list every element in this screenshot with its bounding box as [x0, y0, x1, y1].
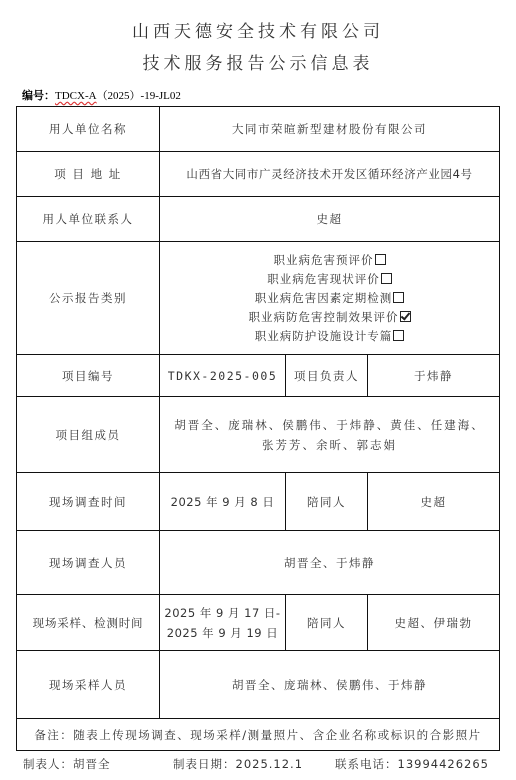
- note-text: 备注：随表上传现场调查、现场采样/测量照片、含企业名称或标识的合影照片: [17, 719, 500, 751]
- survey-time-value: 2025 年 9 月 8 日: [160, 473, 286, 531]
- sampling-companion-label: 陪同人: [286, 595, 368, 651]
- info-table: 用人单位名称 大同市荣暄新型建材股份有限公司 项 目 地 址 山西省大同市广灵经…: [16, 106, 500, 751]
- row-contact: 用人单位联系人 史超: [17, 197, 500, 242]
- checkbox-unchecked-icon[interactable]: [375, 254, 386, 265]
- row-project-no: 项目编号 TDKX-2025-005 项目负责人 于炜静: [17, 355, 500, 397]
- sampling-time-end: 2025 年 9 月 19 日: [164, 623, 281, 643]
- project-no-label: 项目编号: [17, 355, 160, 397]
- checkbox-unchecked-icon[interactable]: [393, 330, 404, 341]
- report-category-options: 职业病危害预评价 职业病危害现状评价 职业病危害因素定期检测 职业病防危害控制效…: [160, 242, 500, 355]
- sampling-time-start: 2025 年 9 月 17 日-: [164, 603, 281, 623]
- sampling-staff-value: 胡晋全、庞瑞林、侯鹏伟、于炜静: [160, 651, 500, 719]
- document-number: 编号：TDCX-A（2025）-19-JL02: [22, 87, 181, 103]
- address-label: 项 目 地 址: [17, 152, 160, 197]
- row-sampling-staff: 现场采样人员 胡晋全、庞瑞林、侯鹏伟、于炜静: [17, 651, 500, 719]
- checkbox-unchecked-icon[interactable]: [381, 273, 392, 284]
- category-option: 职业病防护设施设计专篇: [164, 327, 495, 346]
- row-employer-name: 用人单位名称 大同市荣暄新型建材股份有限公司: [17, 107, 500, 152]
- contact-value: 史超: [160, 197, 500, 242]
- form-title: 技术服务报告公示信息表: [0, 49, 516, 74]
- members-label: 项目组成员: [17, 397, 160, 473]
- company-title: 山西天德安全技术有限公司: [0, 17, 516, 42]
- document-number-rest: （2025）-19-JL02: [97, 90, 181, 102]
- category-option: 职业病危害现状评价: [164, 270, 495, 289]
- project-lead-value: 于炜静: [368, 355, 500, 397]
- category-option: 职业病危害因素定期检测: [164, 289, 495, 308]
- project-lead-label: 项目负责人: [286, 355, 368, 397]
- category-option: 职业病防危害控制效果评价: [164, 308, 495, 327]
- category-option: 职业病危害预评价: [164, 251, 495, 270]
- project-no-value: TDKX-2025-005: [160, 355, 286, 397]
- checkbox-checked-icon[interactable]: [400, 311, 411, 322]
- survey-time-label: 现场调查时间: [17, 473, 160, 531]
- sampling-time-value: 2025 年 9 月 17 日- 2025 年 9 月 19 日: [160, 595, 286, 651]
- contact-label: 用人单位联系人: [17, 197, 160, 242]
- category-option-label: 职业病危害因素定期检测: [255, 291, 393, 305]
- survey-staff-label: 现场调查人员: [17, 531, 160, 595]
- row-address: 项 目 地 址 山西省大同市广灵经济技术开发区循环经济产业园4号: [17, 152, 500, 197]
- row-sampling-time: 现场采样、检测时间 2025 年 9 月 17 日- 2025 年 9 月 19…: [17, 595, 500, 651]
- row-survey-staff: 现场调查人员 胡晋全、于炜静: [17, 531, 500, 595]
- document-number-label: 编号：: [22, 89, 55, 102]
- employer-name-label: 用人单位名称: [17, 107, 160, 152]
- address-value: 山西省大同市广灵经济技术开发区循环经济产业园4号: [160, 152, 500, 197]
- row-members: 项目组成员 胡晋全、庞瑞林、侯鹏伟、于炜静、黄佳、任建海、张芳芳、余昕、郭志娟: [17, 397, 500, 473]
- category-option-label: 职业病防护设施设计专篇: [255, 329, 393, 343]
- sampling-companion-value: 史超、伊瑞勃: [368, 595, 500, 651]
- survey-staff-value: 胡晋全、于炜静: [160, 531, 500, 595]
- category-option-label: 职业病危害现状评价: [267, 272, 380, 286]
- category-option-label: 职业病危害预评价: [274, 253, 374, 267]
- survey-companion-value: 史超: [368, 473, 500, 531]
- checkbox-unchecked-icon[interactable]: [393, 292, 404, 303]
- survey-companion-label: 陪同人: [286, 473, 368, 531]
- row-note: 备注：随表上传现场调查、现场采样/测量照片、含企业名称或标识的合影照片: [17, 719, 500, 751]
- form-date: 制表日期：2025.12.1: [173, 756, 303, 772]
- contact-phone: 联系电话：13994426265: [335, 756, 489, 772]
- category-option-label: 职业病防危害控制效果评价: [249, 310, 399, 324]
- form-maker: 制表人：胡晋全: [23, 756, 111, 772]
- employer-name-value: 大同市荣暄新型建材股份有限公司: [160, 107, 500, 152]
- members-value: 胡晋全、庞瑞林、侯鹏伟、于炜静、黄佳、任建海、张芳芳、余昕、郭志娟: [160, 397, 500, 473]
- report-category-label: 公示报告类别: [17, 242, 160, 355]
- document-number-prefix: TDCX-A: [55, 90, 97, 102]
- sampling-time-label: 现场采样、检测时间: [17, 595, 160, 651]
- row-report-category: 公示报告类别 职业病危害预评价 职业病危害现状评价 职业病危害因素定期检测 职业…: [17, 242, 500, 355]
- sampling-staff-label: 现场采样人员: [17, 651, 160, 719]
- row-survey-time: 现场调查时间 2025 年 9 月 8 日 陪同人 史超: [17, 473, 500, 531]
